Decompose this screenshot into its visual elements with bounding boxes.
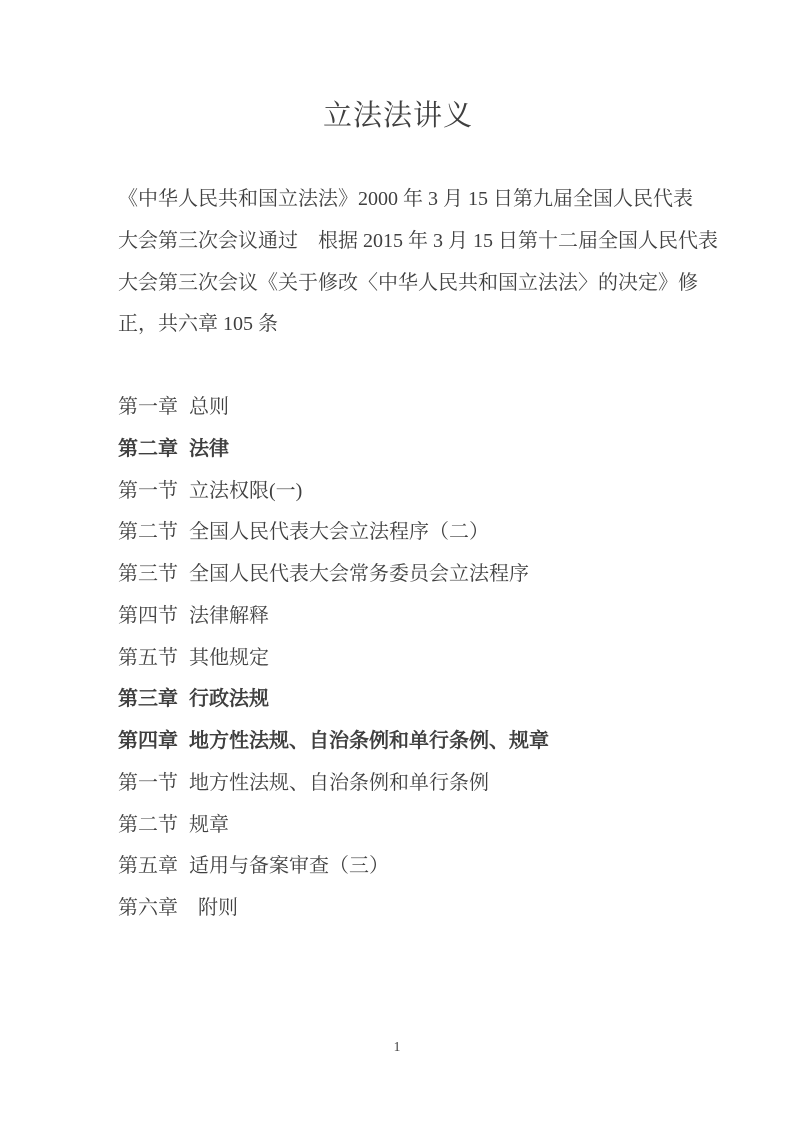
document-page: 立法法讲义 《中华人民共和国立法法》2000 年 3 月 15 日第九届全国人民… bbox=[0, 0, 794, 1123]
toc-item: 第一节 立法权限(一) bbox=[118, 471, 678, 513]
toc-item: 第五节 其他规定 bbox=[118, 638, 678, 680]
toc-item: 第二章 法律 bbox=[118, 429, 678, 471]
toc-item: 第一节 地方性法规、自治条例和单行条例 bbox=[118, 763, 678, 805]
page-content: 立法法讲义 《中华人民共和国立法法》2000 年 3 月 15 日第九届全国人民… bbox=[0, 0, 794, 930]
toc-item: 第六章 附则 bbox=[118, 888, 678, 930]
intro-line: 大会第三次会议《关于修改〈中华人民共和国立法法〉的决定》修 bbox=[118, 263, 678, 305]
toc-item: 第三章 行政法规 bbox=[118, 679, 678, 721]
page-number: 1 bbox=[394, 1039, 401, 1054]
page-footer: 1 bbox=[0, 1038, 794, 1056]
toc-item: 第三节 全国人民代表大会常务委员会立法程序 bbox=[118, 554, 678, 596]
toc-item: 第五章 适用与备案审查（三） bbox=[118, 846, 678, 888]
intro-line: 《中华人民共和国立法法》2000 年 3 月 15 日第九届全国人民代表 bbox=[118, 179, 678, 221]
table-of-contents: 第一章 总则 第二章 法律 第一节 立法权限(一) 第二节 全国人民代表大会立法… bbox=[118, 387, 678, 930]
intro-paragraph: 《中华人民共和国立法法》2000 年 3 月 15 日第九届全国人民代表 大会第… bbox=[118, 179, 678, 346]
toc-item: 第一章 总则 bbox=[118, 387, 678, 429]
toc-item: 第四节 法律解释 bbox=[118, 596, 678, 638]
toc-item: 第二节 全国人民代表大会立法程序（二） bbox=[118, 512, 678, 554]
intro-line: 大会第三次会议通过 根据 2015 年 3 月 15 日第十二届全国人民代表 bbox=[118, 221, 678, 263]
document-title: 立法法讲义 bbox=[118, 0, 678, 136]
intro-line: 正，共六章 105 条 bbox=[118, 304, 678, 346]
toc-item: 第二节 规章 bbox=[118, 805, 678, 847]
toc-item: 第四章 地方性法规、自治条例和单行条例、规章 bbox=[118, 721, 678, 763]
